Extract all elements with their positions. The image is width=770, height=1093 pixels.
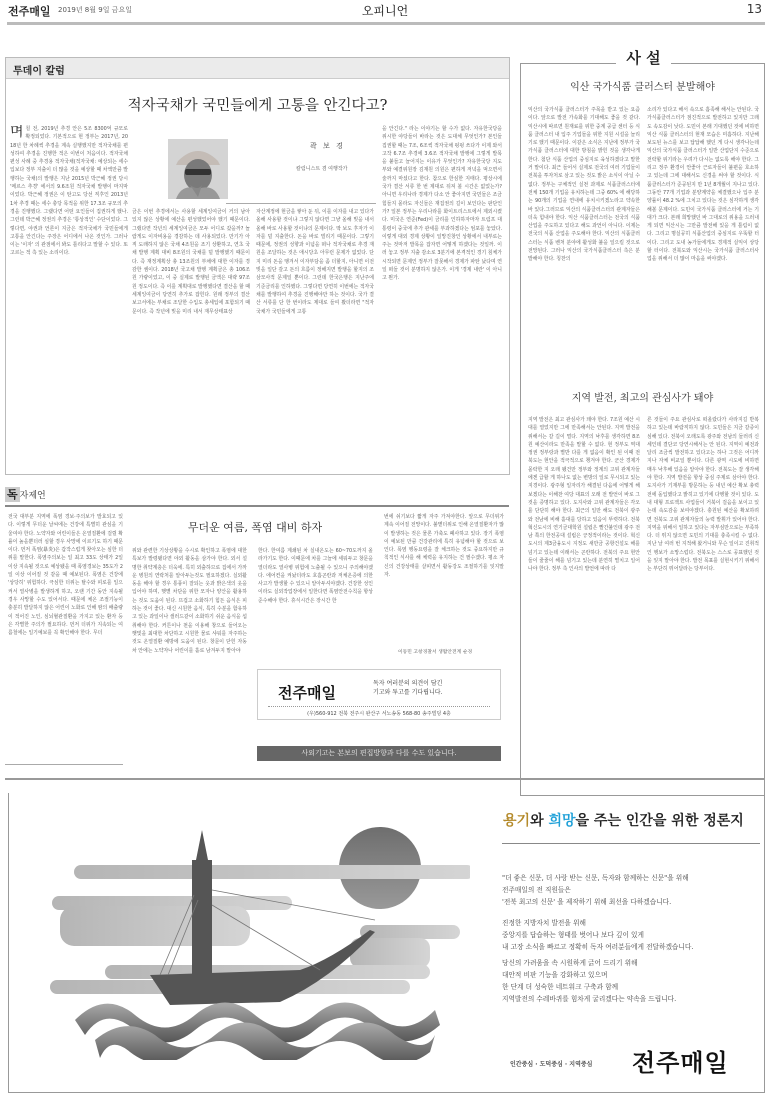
editorial-1-col-1: 익산의 국가식품 클러스터가 주목을 받고 있는 요즘이다. 앞으로 발전 가속… <box>528 106 640 376</box>
slogan-rule <box>502 843 760 844</box>
today-column-label: 투데이 칼럼 <box>6 58 509 79</box>
reader-col-rule <box>5 764 123 765</box>
editorial-title-2: 지역 발전, 최고의 관심사가 돼야 <box>521 389 764 404</box>
today-column-col-4: 을 안긴다." 라는 이야기는 할 수가 없다. 자유한국당을 위시한 야당들이… <box>382 125 502 465</box>
reader-col-3: 한다. 한여름 계쇄된 차 실내온도는 60~70도까지 올라가기도 한다. 이… <box>258 547 373 642</box>
house-ad-logo: 전주매일 <box>632 1043 729 1078</box>
reader-col-1: 전국 대부분 지역에 폭염 경보·주의보가 발효되고 있다. 이렇게 무더운 날… <box>8 513 123 763</box>
editorial-1-col-2: 소리가 있다고 해서 속으로 흡족해 해서는 안된다. 국가식품클러스터가 점진… <box>647 106 759 376</box>
ad-divider <box>268 706 490 707</box>
pledge-group-3: 당신의 가려움을 속 시원하게 긁어 드리기 위해 대안적 비판 기능을 강화하… <box>502 957 676 1005</box>
editorial-2-col-2: 른 것들이 주요 관심사로 떠올랐다가 사라지길 반복하고 있는데 바람직하지 … <box>647 416 759 786</box>
today-column-col-3: 자산계정에 현금을 쌓아 둔 뒤, 이를 이자를 내고 있다가 올해 사용할 것… <box>256 208 374 458</box>
today-column-title: 적자국채가 국민들에게 고통을 안긴다고? <box>6 94 509 115</box>
editorial-title-1: 익산 국가식품 클러스터 분발해야 <box>521 78 764 93</box>
section-divider <box>5 778 765 780</box>
reader-column-title: 무더운 여름, 폭염 대비 하자 <box>130 519 380 535</box>
ad-brand: 전주매일 <box>278 682 336 703</box>
reader-column-label: 독자제언 <box>5 486 46 502</box>
disclaimer-notice: 사외기고는 본보의 편집방향과 다를 수도 있습니다. <box>257 746 501 761</box>
editorial-box: 사 설 익산 국가식품 클러스터 분발해야 익산의 국가식품 클러스터가 주목을… <box>520 63 765 796</box>
author-name: 곽 보 경 <box>310 141 345 151</box>
pledge-group-1: "더 좋은 신문, 더 사랑 받는 신문, 독자와 함께하는 신문"을 위해 전… <box>502 872 689 908</box>
reader-byline: 이동민 고창경찰서 생활안전계 순경 <box>398 648 472 655</box>
pledge-group-2: 진정한 지방자치 발전을 위해 중앙지를 답습하는 형태를 벗어나 보다 깊이 … <box>502 917 693 953</box>
header-rule <box>7 22 765 25</box>
author-role: 칼럼니스트 겸 여행작가 <box>296 165 347 172</box>
today-column-col-1: 며칠 전, 2019년 추경 안은 5조 8300억 규모로 확정되었다. 기본… <box>10 125 128 455</box>
editorial-2-col-1: 지역 발전은 최고 관심사가 돼야 한다. 7조원 예산 시대를 열었지만 그에… <box>528 416 640 786</box>
today-column: 투데이 칼럼 적자국채가 국민들에게 고통을 안긴다고? 며칠 전, 2019년… <box>5 57 510 475</box>
pen-nib-ship-icon <box>30 820 470 1060</box>
ad-message: 독자 여러분의 의견이 담긴 기고와 투고를 기다립니다. <box>373 679 442 697</box>
house-ad-motto: 인간중심 · 도덕중심 · 지역중심 <box>510 1059 592 1068</box>
house-ad-slogan: 용기와 희망을 주는 인간을 위한 정론지 <box>503 810 744 830</box>
page-number: 13 <box>747 2 762 16</box>
section-title: 오피니언 <box>0 2 770 19</box>
pen-ship-illustration <box>30 820 470 1060</box>
author-rule <box>226 203 376 204</box>
dropcap: 며 <box>10 125 24 139</box>
reader-col-2: 위와 관련한 기상상황을 수시로 확인하고 폭염에 대한 특보가 발령됐다면 야… <box>132 547 247 763</box>
author-portrait-icon <box>168 139 228 199</box>
reader-col-4: 번에 쉬기보다 짧게 자주 가져야한다. 앞으로 무더위가 계속 이어질 전망이… <box>384 513 504 641</box>
contribution-ad: 전주매일 독자 여러분의 의견이 담긴 기고와 투고를 기다립니다. (우)56… <box>257 669 501 720</box>
author-photo <box>168 139 228 199</box>
today-column-text-1: 칠 전, 2019년 추경 안은 5조 8300억 규모로 확정되었다. 기본적… <box>10 126 128 256</box>
editorial-label: 사 설 <box>521 47 766 68</box>
reader-column-rule <box>5 505 509 507</box>
today-column-col-2: 금은 이번 추경에서는 사용할 세계잉여금이 거의 남아 있지 않은 상황에 예… <box>132 208 250 458</box>
ad-address: (우)560-912 전북 전주시 완산구 서노송동 568-80 송주빌딩 4… <box>258 710 500 717</box>
